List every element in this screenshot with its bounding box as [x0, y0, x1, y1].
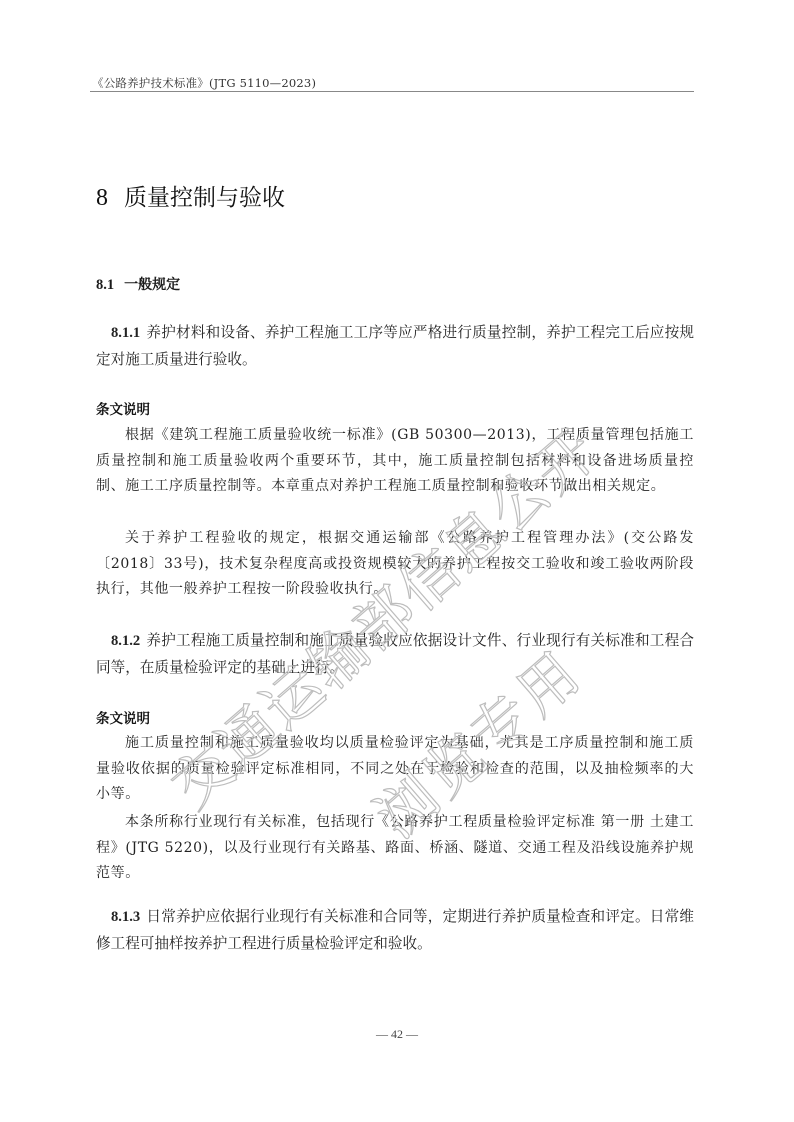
clause-text: 养护材料和设备、养护工程施工工序等应严格进行质量控制，养护工程完工后应按规定对施… — [96, 324, 694, 368]
chapter-title-text: 质量控制与验收 — [124, 185, 285, 211]
clause-8-1-3: 8.1.3日常养护应依据行业现行有关标准和合同等，定期进行养护质量检查和评定。日… — [96, 904, 694, 956]
clause-number: 8.1.3 — [111, 909, 140, 925]
section-title: 8.1一般规定 — [96, 274, 180, 294]
commentary-paragraph: 根据《建筑工程施工质量验收统一标准》(GB 50300—2013)，工程质量管理… — [96, 423, 694, 500]
page-number: — 42 — — [0, 1027, 794, 1042]
commentary-paragraph: 施工质量控制和施工质量验收均以质量检验评定为基础，尤其是工序质量控制和施工质量验… — [96, 731, 694, 808]
commentary-title: 条文说明 — [96, 707, 150, 727]
clause-text: 日常养护应依据行业现行有关标准和合同等，定期进行养护质量检查和评定。日常维修工程… — [96, 908, 694, 952]
header-rule — [90, 91, 694, 92]
clause-number: 8.1.2 — [111, 633, 140, 649]
running-header: 《公路养护技术标准》(JTG 5110—2023) — [92, 75, 316, 91]
clause-number: 8.1.1 — [111, 325, 140, 341]
commentary-paragraph: 关于养护工程验收的规定，根据交通运输部《公路养护工程管理办法》(交公路发〔201… — [96, 526, 694, 603]
clause-8-1-1: 8.1.1养护材料和设备、养护工程施工工序等应严格进行质量控制，养护工程完工后应… — [96, 320, 694, 372]
commentary-paragraph: 本条所称行业现行有关标准，包括现行《公路养护工程质量检验评定标准 第一册 土建工… — [96, 810, 694, 887]
clause-8-1-2: 8.1.2养护工程施工质量控制和施工质量验收应依据设计文件、行业现行有关标准和工… — [96, 628, 694, 680]
section-number: 8.1 — [96, 277, 114, 293]
chapter-number: 8 — [96, 185, 108, 211]
clause-text: 养护工程施工质量控制和施工质量验收应依据设计文件、行业现行有关标准和工程合同等，… — [96, 632, 694, 676]
section-title-text: 一般规定 — [124, 277, 180, 293]
commentary-title: 条文说明 — [96, 398, 150, 418]
chapter-title: 8质量控制与验收 — [96, 179, 285, 212]
